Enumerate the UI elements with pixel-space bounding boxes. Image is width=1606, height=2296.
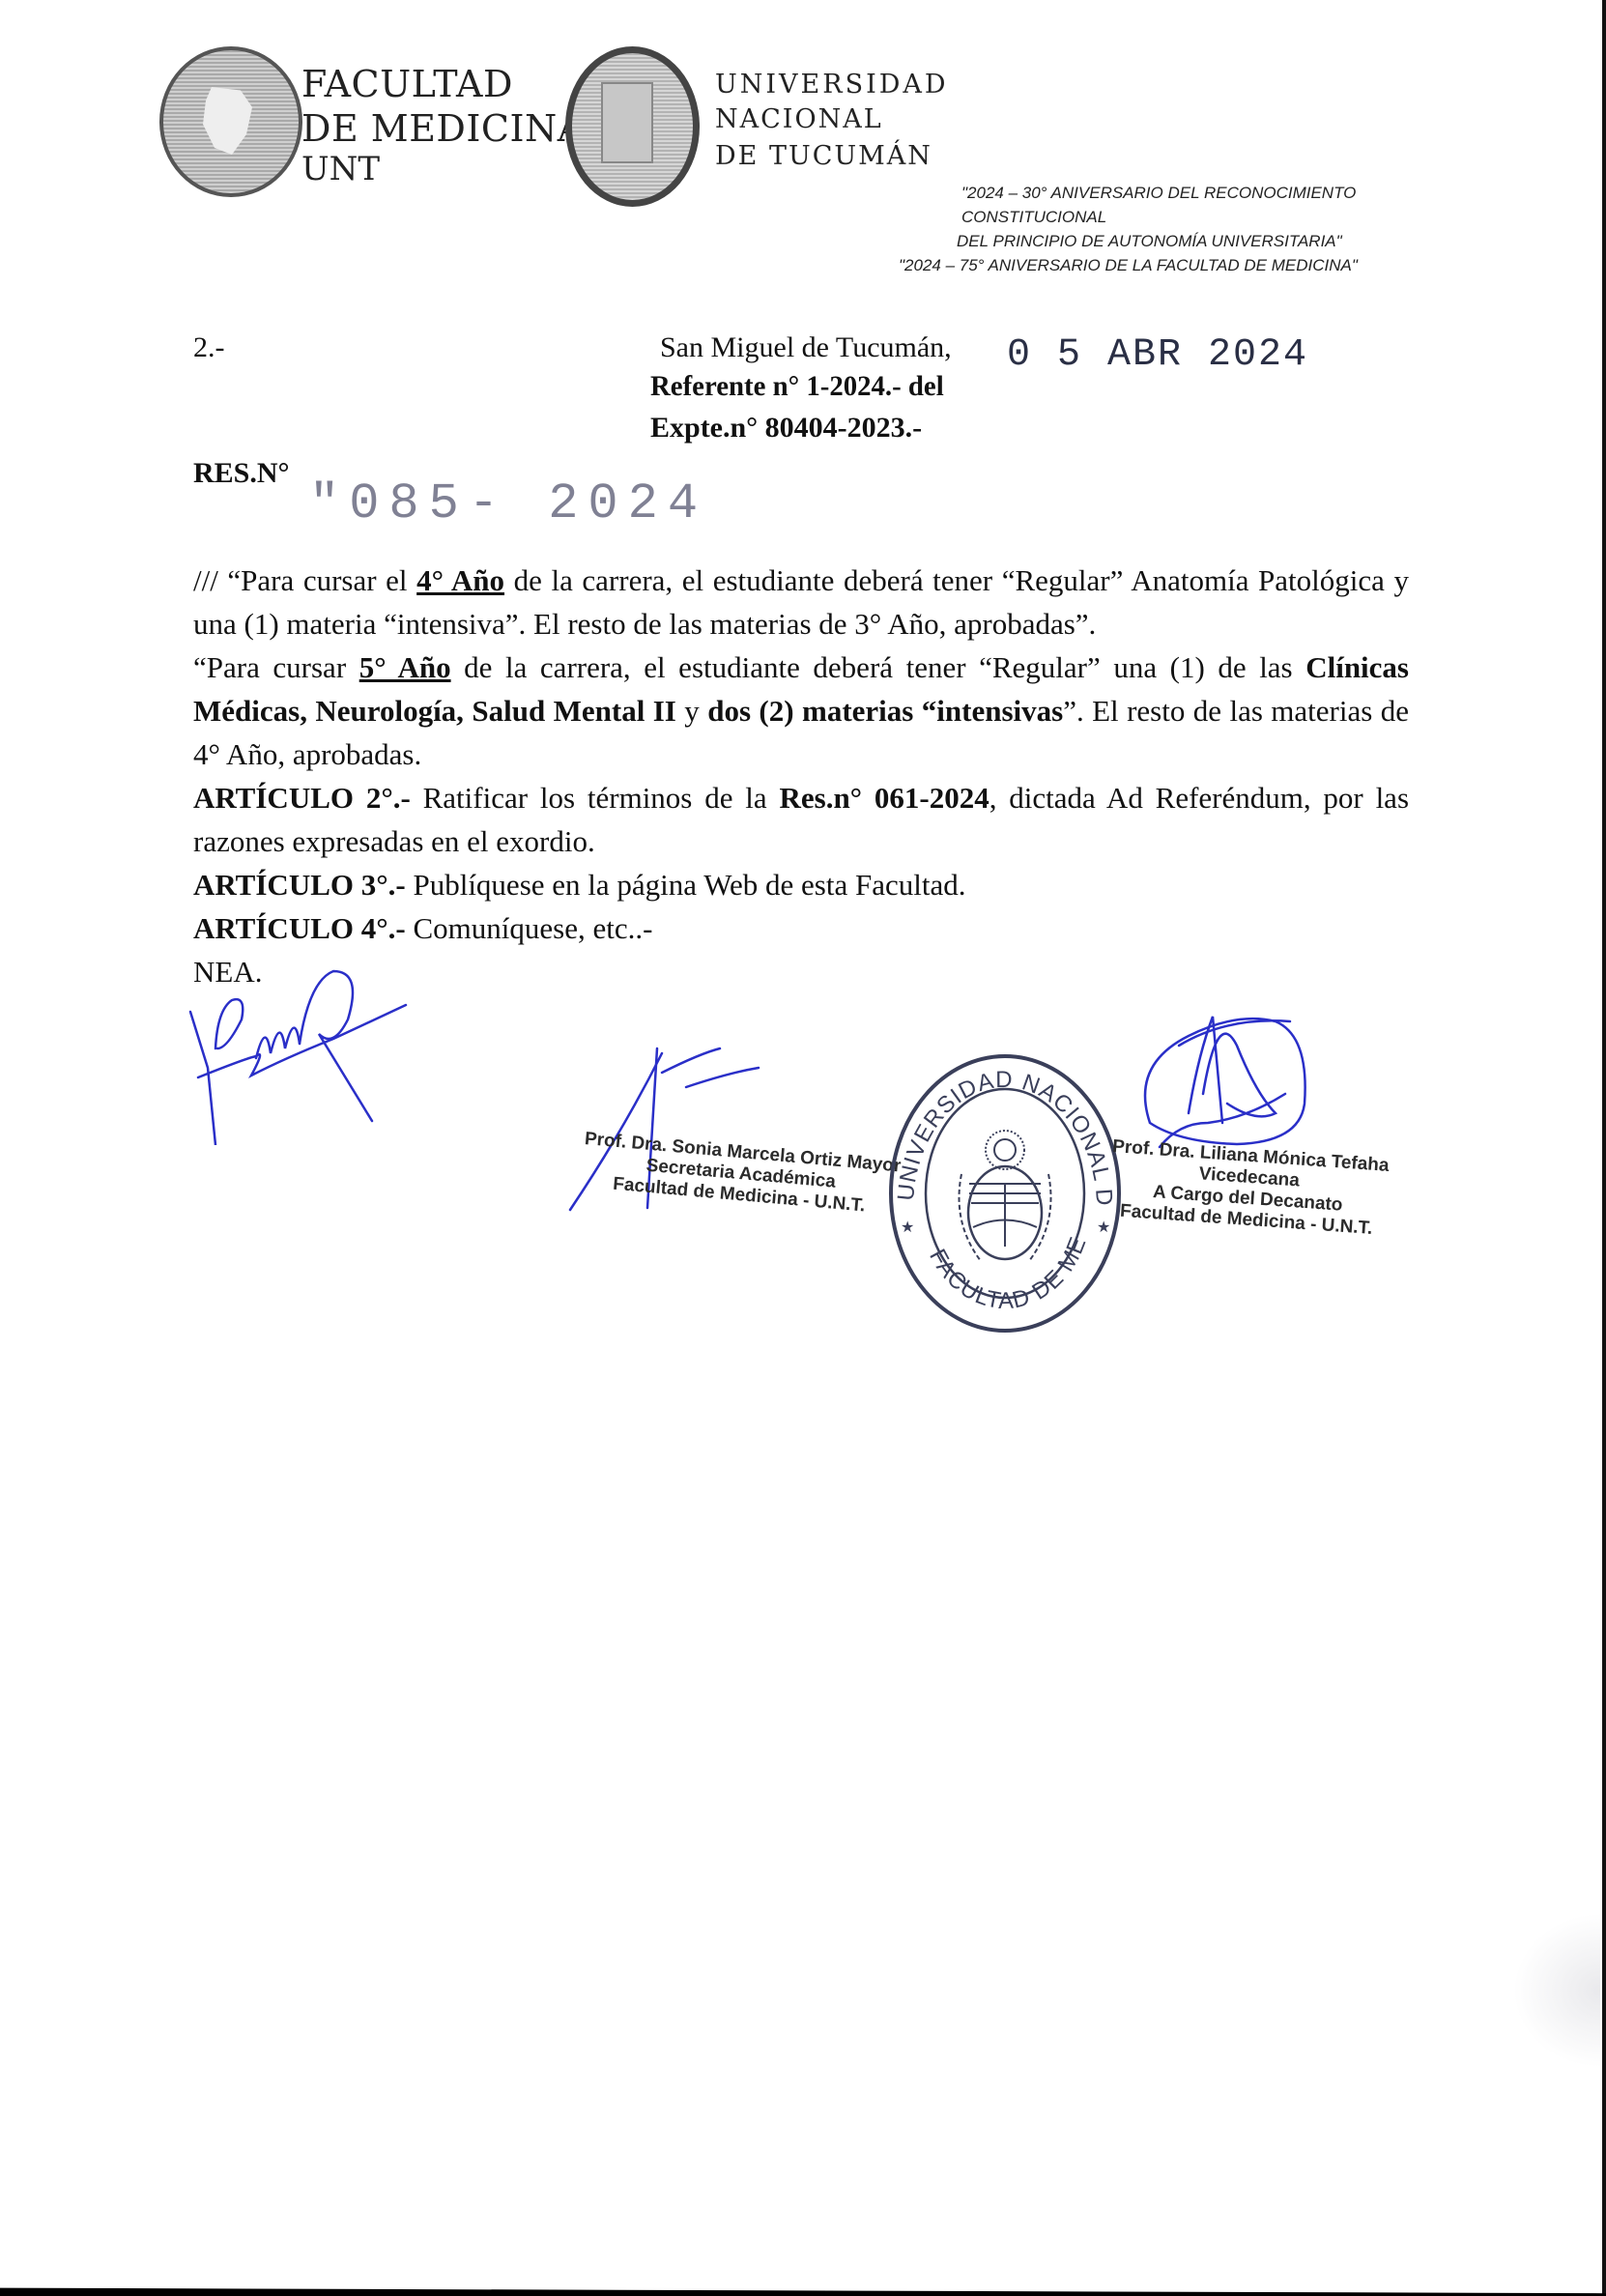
resolution-body: /// “Para cursar el 4° Año de la carrera… [193,559,1409,993]
motto-line-2: CONSTITUCIONAL [961,208,1106,227]
article-2-label: ARTÍCULO 2°.- [193,781,411,815]
faculty-medicine-logo [159,46,302,197]
paragraph-4th-year: /// “Para cursar el 4° Año de la carrera… [193,559,1409,646]
p1-year: 4° Año [416,563,504,597]
scan-edge-bottom [0,2282,1606,2296]
vicedean-signature-block: Prof. Dra. Liliana Mónica Tefaha Vicedec… [1107,1136,1390,1240]
university-name-line-1: UNIVERSIDAD [715,72,949,98]
university-seal-logo [565,46,700,207]
expediente-line: Expte.n° 80404-2023.- [650,414,922,443]
vicedean-signature-icon [1131,978,1324,1152]
motto-line-4: "2024 – 75° ANIVERSARIO DE LA FACULTAD D… [899,256,1358,275]
p2-year: 5° Año [359,650,451,684]
article-2-pre: Ratificar los términos de la [411,781,780,815]
referente-line: Referente n° 1-2024.- del [650,372,944,401]
p1-prefix: /// “Para cursar el [193,563,416,597]
article-2: ARTÍCULO 2°.- Ratificar los términos de … [193,776,1409,863]
svg-text:★: ★ [1097,1220,1110,1236]
article-2-res: Res.n° 061-2024 [779,781,989,815]
official-seal-icon: UNIVERSIDAD NACIONAL DE TUCUMAN FACULTAD… [884,1044,1126,1334]
faculty-name-line-2: DE MEDICINA [301,110,585,147]
p2-mid: de la carrera, el estudiante deberá tene… [451,650,1306,684]
article-4-label: ARTÍCULO 4°.- [193,911,406,945]
faculty-name-line-3: UNT [301,153,380,186]
p2-mid2: y [676,694,707,728]
document-page: FACULTAD DE MEDICINA UNT UNIVERSIDAD NAC… [0,0,1606,2296]
svg-text:★: ★ [901,1220,914,1236]
resolution-label: RES.N° [193,459,290,488]
article-3-label: ARTÍCULO 3°.- [193,868,406,902]
page-number: 2.- [193,333,225,362]
place-line: San Miguel de Tucumán, [660,333,952,362]
article-3-text: Publíquese en la página Web de esta Facu… [406,868,966,902]
paragraph-5th-year: “Para cursar 5° Año de la carrera, el es… [193,646,1409,776]
initials-signature-icon [188,942,420,1145]
scan-edge-right [1602,0,1606,2296]
scan-shadow [1513,1913,1600,2068]
p2-intensive: dos (2) materias “intensivas [707,694,1063,728]
article-4-text: Comuníquese, etc..- [406,911,653,945]
p2-prefix: “Para cursar [193,650,359,684]
svg-text:UNIVERSIDAD NACIONAL DE TUCUMA: UNIVERSIDAD NACIONAL DE TUCUMAN [884,1044,1117,1207]
date-stamp: 0 5 ABR 2024 [1007,333,1308,377]
article-3: ARTÍCULO 3°.- Publíquese en la página We… [193,863,1409,906]
university-name-line-2: NACIONAL [715,106,883,132]
university-name-line-3: DE TUCUMÁN [715,143,932,169]
motto-line-1: "2024 – 30° ANIVERSARIO DEL RECONOCIMIEN… [961,184,1356,203]
resolution-number-stamp: "085- 2024 [309,475,707,532]
faculty-name-line-1: FACULTAD [301,66,513,102]
motto-line-3: DEL PRINCIPIO DE AUTONOMÍA UNIVERSITARIA… [957,232,1342,251]
